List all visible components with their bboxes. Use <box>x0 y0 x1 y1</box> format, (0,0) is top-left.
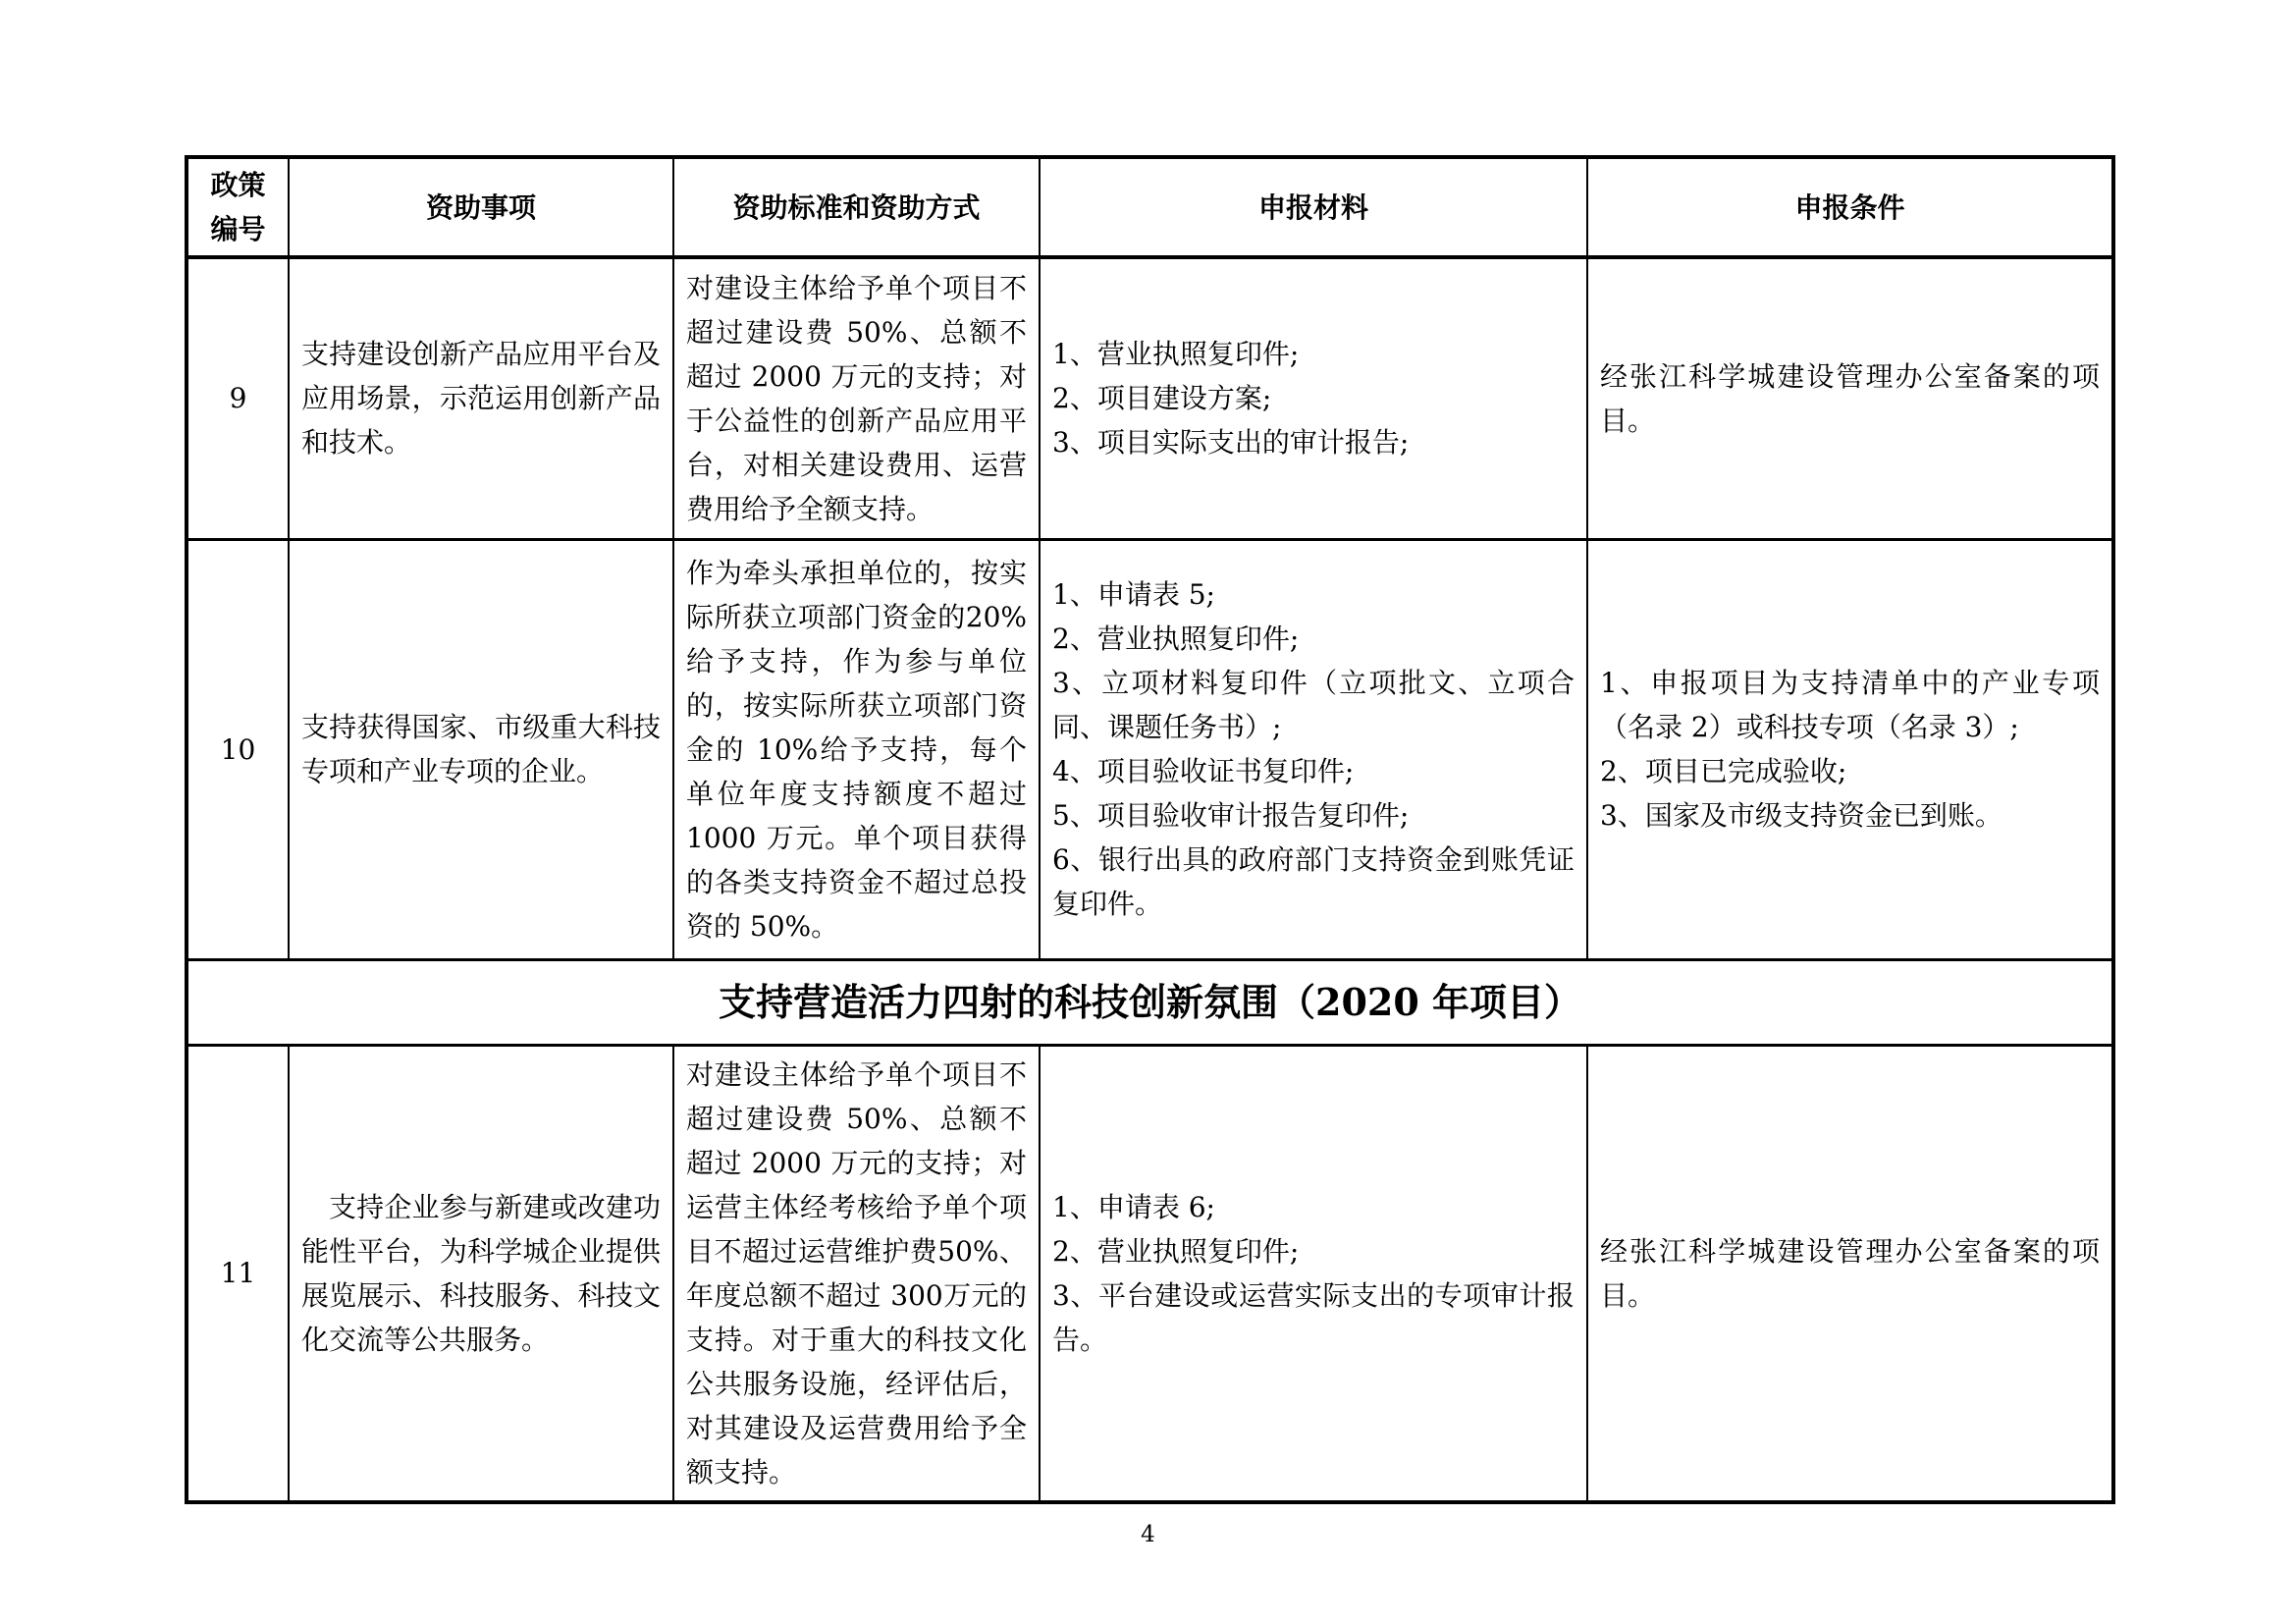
conditions-item: 经张江科学城建设管理办公室备案的项目。 <box>1600 1229 2100 1318</box>
materials-item: 4、项目验收证书复印件; <box>1052 749 1575 793</box>
materials-item: 6、银行出具的政府部门支持资金到账凭证复印件。 <box>1052 838 1575 926</box>
conditions-item: 经张江科学城建设管理办公室备案的项目。 <box>1600 354 2100 443</box>
materials-item: 3、平台建设或运营实际支出的专项审计报告。 <box>1052 1273 1575 1362</box>
header-funding-item: 资助事项 <box>289 157 673 257</box>
header-funding-standard: 资助标准和资助方式 <box>673 157 1040 257</box>
materials-item: 3、立项材料复印件（立项批文、立项合同、课题任务书）; <box>1052 661 1575 749</box>
funding-standard-text: 对建设主体给予单个项目不超过建设费 50%、总额不超过 2000 万元的支持；对… <box>686 266 1027 531</box>
materials-cell: 1、营业执照复印件; 2、项目建设方案; 3、项目实际支出的审计报告; <box>1040 257 1587 539</box>
materials-item: 2、营业执照复印件; <box>1052 617 1575 661</box>
policy-table: 政策 编号 资助事项 资助标准和资助方式 申报材料 申报条件 9 支持建设创新产… <box>185 155 2115 1504</box>
table-row-10: 10 支持获得国家、市级重大科技专项和产业专项的企业。 作为牵头承担单位的，按实… <box>187 539 2113 959</box>
funding-item-text: 支持获得国家、市级重大科技专项和产业专项的企业。 <box>301 705 661 793</box>
materials-item: 1、申请表 5; <box>1052 572 1575 617</box>
table-row-9: 9 支持建设创新产品应用平台及应用场景，示范运用创新产品和技术。 对建设主体给予… <box>187 257 2113 539</box>
section-title: 支持营造活力四射的科技创新氛围（2020 年项目） <box>187 959 2113 1045</box>
funding-standard-cell: 作为牵头承担单位的，按实际所获立项部门资金的20%给予支持，作为参与单位的，按实… <box>673 539 1040 959</box>
funding-item-cell: 支持企业参与新建或改建功能性平台，为科学城企业提供展览展示、科技服务、科技文化交… <box>289 1045 673 1502</box>
materials-item: 5、项目验收审计报告复印件; <box>1052 793 1575 838</box>
materials-item: 1、申请表 6; <box>1052 1185 1575 1229</box>
policy-number: 9 <box>187 257 289 539</box>
conditions-cell: 经张江科学城建设管理办公室备案的项目。 <box>1587 1045 2113 1502</box>
materials-item: 2、项目建设方案; <box>1052 376 1575 420</box>
materials-item: 3、项目实际支出的审计报告; <box>1052 420 1575 464</box>
funding-standard-cell: 对建设主体给予单个项目不超过建设费 50%、总额不超过 2000 万元的支持；对… <box>673 1045 1040 1502</box>
materials-item: 2、营业执照复印件; <box>1052 1229 1575 1273</box>
materials-item: 1、营业执照复印件; <box>1052 332 1575 376</box>
policy-number: 10 <box>187 539 289 959</box>
materials-cell: 1、申请表 5; 2、营业执照复印件; 3、立项材料复印件（立项批文、立项合同、… <box>1040 539 1587 959</box>
header-application-conditions: 申报条件 <box>1587 157 2113 257</box>
conditions-cell: 1、申报项目为支持清单中的产业专项（名录 2）或科技专项（名录 3）; 2、项目… <box>1587 539 2113 959</box>
funding-item-cell: 支持获得国家、市级重大科技专项和产业专项的企业。 <box>289 539 673 959</box>
funding-item-text: 支持建设创新产品应用平台及应用场景，示范运用创新产品和技术。 <box>301 332 661 464</box>
funding-standard-text: 对建设主体给予单个项目不超过建设费 50%、总额不超过 2000 万元的支持；对… <box>686 1053 1027 1494</box>
table-row-11: 11 支持企业参与新建或改建功能性平台，为科学城企业提供展览展示、科技服务、科技… <box>187 1045 2113 1502</box>
funding-standard-text: 作为牵头承担单位的，按实际所获立项部门资金的20%给予支持，作为参与单位的，按实… <box>686 551 1027 948</box>
funding-standard-cell: 对建设主体给予单个项目不超过建设费 50%、总额不超过 2000 万元的支持；对… <box>673 257 1040 539</box>
header-application-materials: 申报材料 <box>1040 157 1587 257</box>
page-number: 4 <box>0 1520 2296 1549</box>
policy-number: 11 <box>187 1045 289 1502</box>
conditions-item: 1、申报项目为支持清单中的产业专项（名录 2）或科技专项（名录 3）; <box>1600 661 2100 749</box>
materials-cell: 1、申请表 6; 2、营业执照复印件; 3、平台建设或运营实际支出的专项审计报告… <box>1040 1045 1587 1502</box>
section-header-row: 支持营造活力四射的科技创新氛围（2020 年项目） <box>187 959 2113 1045</box>
conditions-item: 3、国家及市级支持资金已到账。 <box>1600 793 2100 838</box>
conditions-item: 2、项目已完成验收; <box>1600 749 2100 793</box>
conditions-cell: 经张江科学城建设管理办公室备案的项目。 <box>1587 257 2113 539</box>
table-header-row: 政策 编号 资助事项 资助标准和资助方式 申报材料 申报条件 <box>187 157 2113 257</box>
document-page: 政策 编号 资助事项 资助标准和资助方式 申报材料 申报条件 9 支持建设创新产… <box>0 0 2296 1624</box>
funding-item-cell: 支持建设创新产品应用平台及应用场景，示范运用创新产品和技术。 <box>289 257 673 539</box>
funding-item-text: 支持企业参与新建或改建功能性平台，为科学城企业提供展览展示、科技服务、科技文化交… <box>301 1185 661 1362</box>
header-policy-number: 政策 编号 <box>187 157 289 257</box>
